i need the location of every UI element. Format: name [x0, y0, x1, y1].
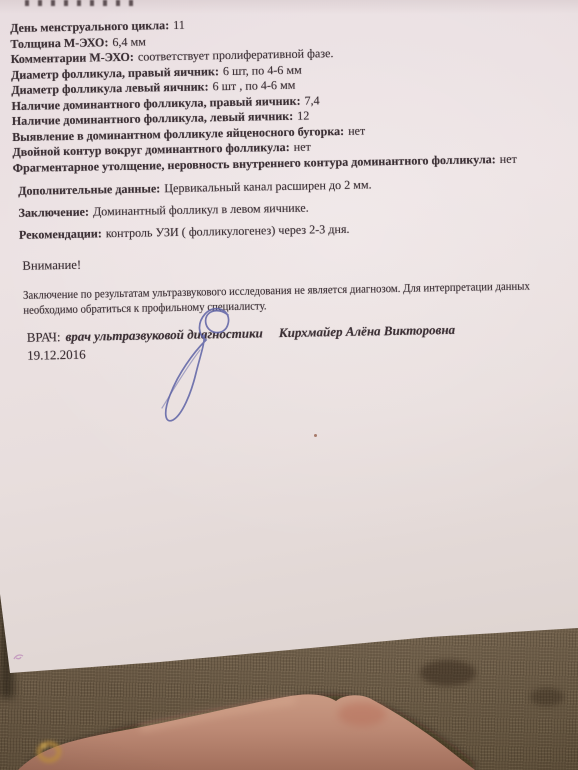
knuckle-blush — [338, 702, 386, 726]
hand-in-foreground — [0, 0, 578, 770]
photo-of-ultrasound-report: День менструального цикла:11 Толщина М-Э… — [0, 0, 578, 770]
